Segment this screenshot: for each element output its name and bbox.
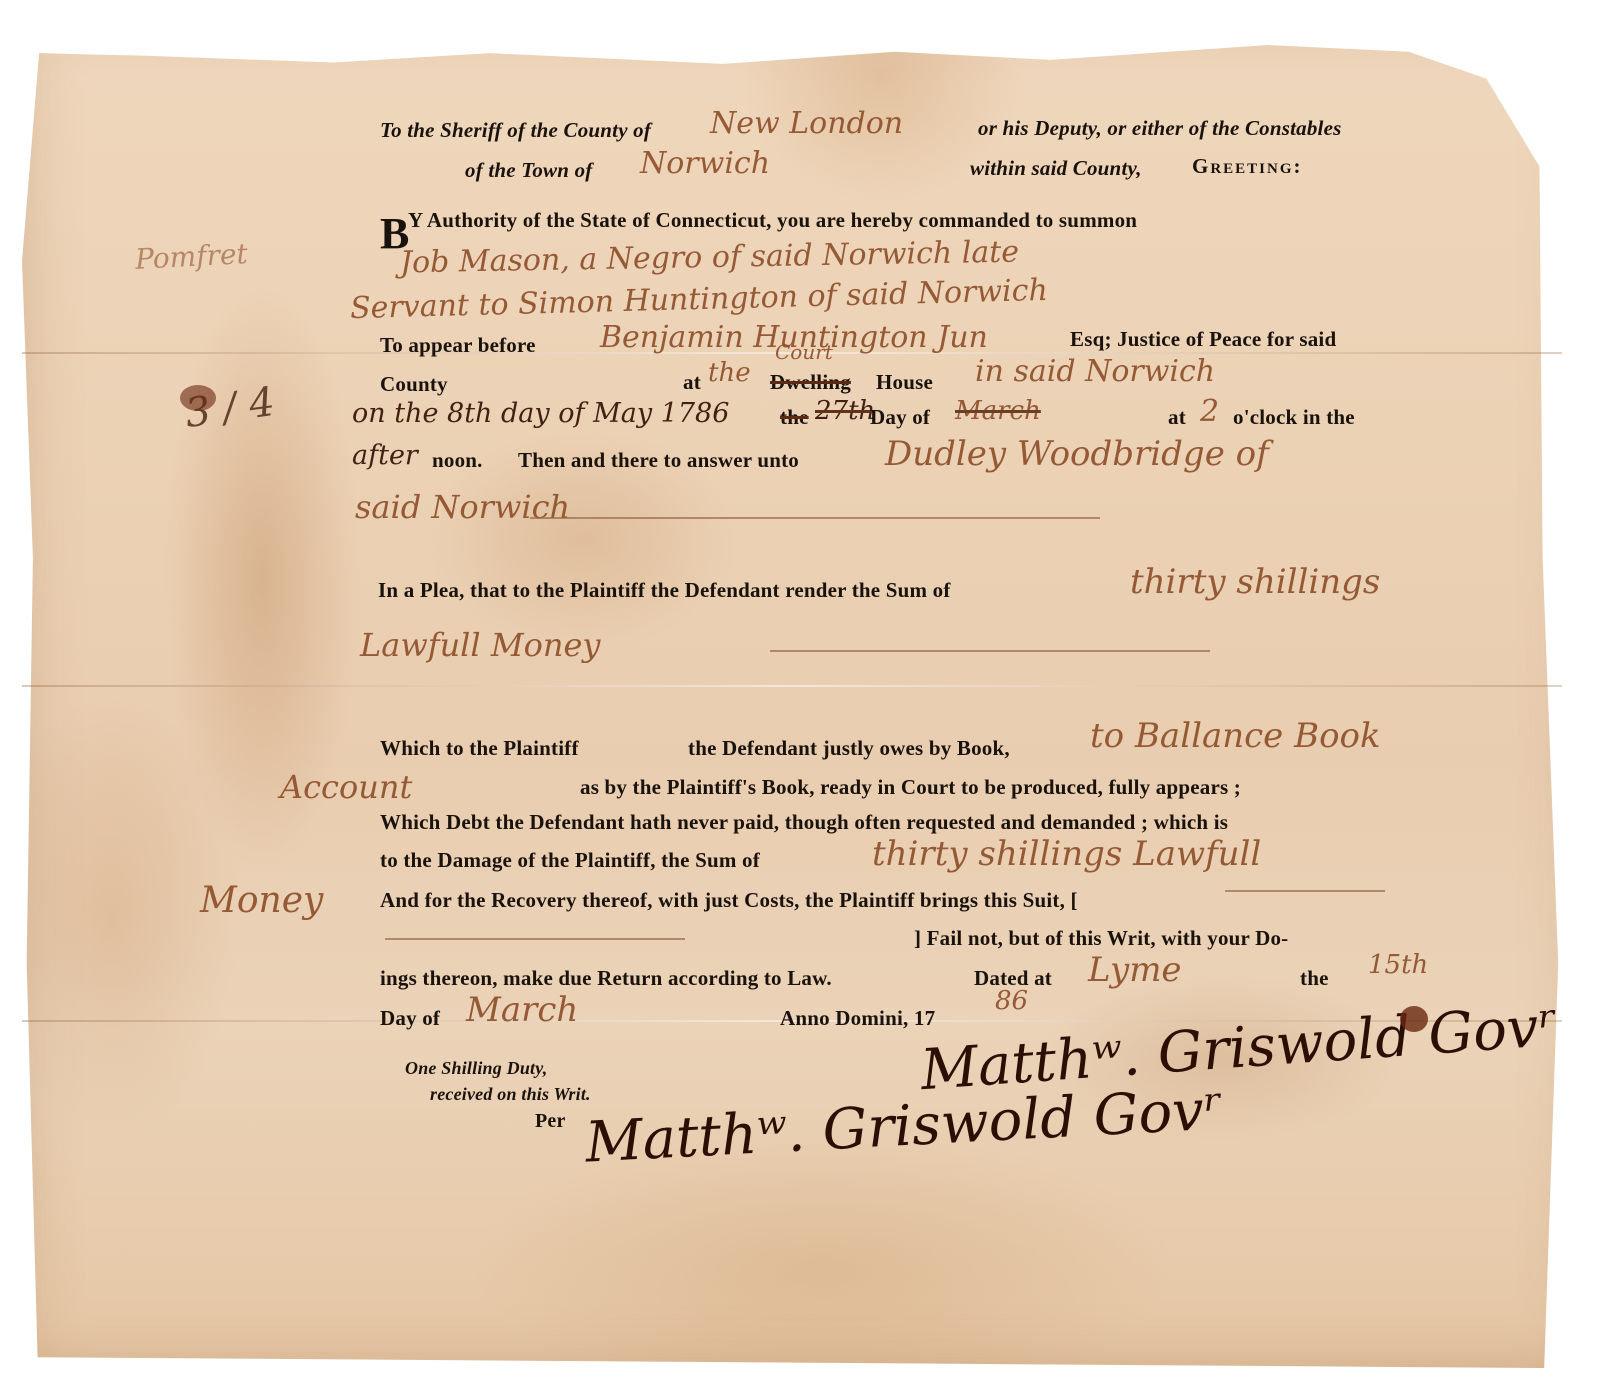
debt-text-b: the Defendant justly owes by Book, (688, 736, 1010, 761)
oclock-text: o'clock in the (1233, 405, 1355, 430)
struck-the: the (780, 405, 809, 430)
dated-place: Lyme (1088, 950, 1182, 990)
plea-sum-cont: Lawfull Money (360, 626, 600, 664)
plaintiff-name: Dudley Woodbridge of (885, 434, 1269, 474)
plea-text: In a Plea, that to the Plaintiff the Def… (378, 578, 951, 603)
dated-month: March (466, 990, 578, 1030)
house-text: House (876, 370, 933, 395)
plaintiff-residence: said Norwich (355, 488, 570, 526)
header-town-text: of the Town of (465, 158, 592, 183)
debt-basis-cont: Account (280, 768, 412, 806)
debt-text-d: Which Debt the Defendant hath never paid… (380, 810, 1228, 835)
anno-domini-text: Anno Domini, 17 (780, 1006, 935, 1031)
struck-month: March (955, 396, 1041, 426)
debt-text-g: ] Fail not, but of this Writ, with your … (914, 926, 1288, 951)
debt-text-e: to the Damage of the Plaintiff, the Sum … (380, 848, 760, 873)
header-within-text: within said County, (970, 156, 1142, 181)
margin-note-top: Pomfret (134, 237, 248, 276)
meeting-place: in said Norwich (975, 354, 1215, 389)
ink-blot (1400, 1006, 1428, 1032)
debt-text-c: as by the Plaintiff's Book, ready in Cou… (580, 775, 1241, 800)
per-text: Per (535, 1110, 566, 1133)
debt-basis: to Ballance Book (1090, 716, 1381, 756)
duty-line-2: received on this Writ. (430, 1084, 591, 1105)
hearing-date: on the 8th day of May 1786 (352, 398, 729, 429)
noon-text: noon. (432, 448, 483, 473)
duty-line-1: One Shilling Duty, (405, 1058, 547, 1079)
header-deputy-text: or his Deputy, or either of the Constabl… (978, 116, 1341, 141)
blank-rule (770, 650, 1210, 652)
at-text: at (683, 370, 701, 395)
debt-text-f: And for the Recovery thereof, with just … (380, 888, 1078, 913)
at-text-2: at (1168, 405, 1186, 430)
day-of-text: Day of (870, 405, 930, 430)
appear-before-text: To appear before (380, 333, 536, 358)
dated-day: 15th (1368, 950, 1428, 980)
blank-rule (530, 517, 1100, 519)
blank-rule (385, 938, 685, 940)
damage-sum: thirty shillings Lawfull (872, 834, 1261, 874)
the-text: the (1300, 966, 1329, 991)
debt-text-h: ings thereon, make due Return according … (380, 966, 832, 991)
hand-the: the (708, 358, 751, 388)
town-name: Norwich (640, 146, 770, 181)
county-text: County (380, 372, 448, 397)
county-name: New London (710, 106, 903, 141)
hand-court: Court (775, 340, 833, 364)
greeting: Greeting: (1192, 154, 1303, 179)
justice-title-text: Esq; Justice of Peace for said (1070, 327, 1336, 352)
header-sheriff-text: To the Sheriff of the County of (380, 118, 651, 143)
hearing-hour: 2 (1200, 394, 1219, 429)
blank-rule (1225, 890, 1385, 892)
ink-stain (180, 385, 216, 411)
answer-unto-text: Then and there to answer unto (518, 448, 799, 473)
authority-text: Y Authority of the State of Connecticut,… (408, 208, 1137, 233)
debt-text-a: Which to the Plaintiff (380, 736, 579, 761)
struck-dwelling: Dwelling (770, 370, 851, 395)
struck-day-number: 27th (815, 396, 875, 426)
fold-line (22, 685, 1562, 687)
damage-sum-cont: Money (200, 880, 323, 921)
hand-after: after (352, 440, 418, 471)
plea-sum: thirty shillings (1130, 562, 1380, 602)
day-of-text-2: Day of (380, 1006, 440, 1031)
year-suffix: 86 (995, 986, 1028, 1016)
